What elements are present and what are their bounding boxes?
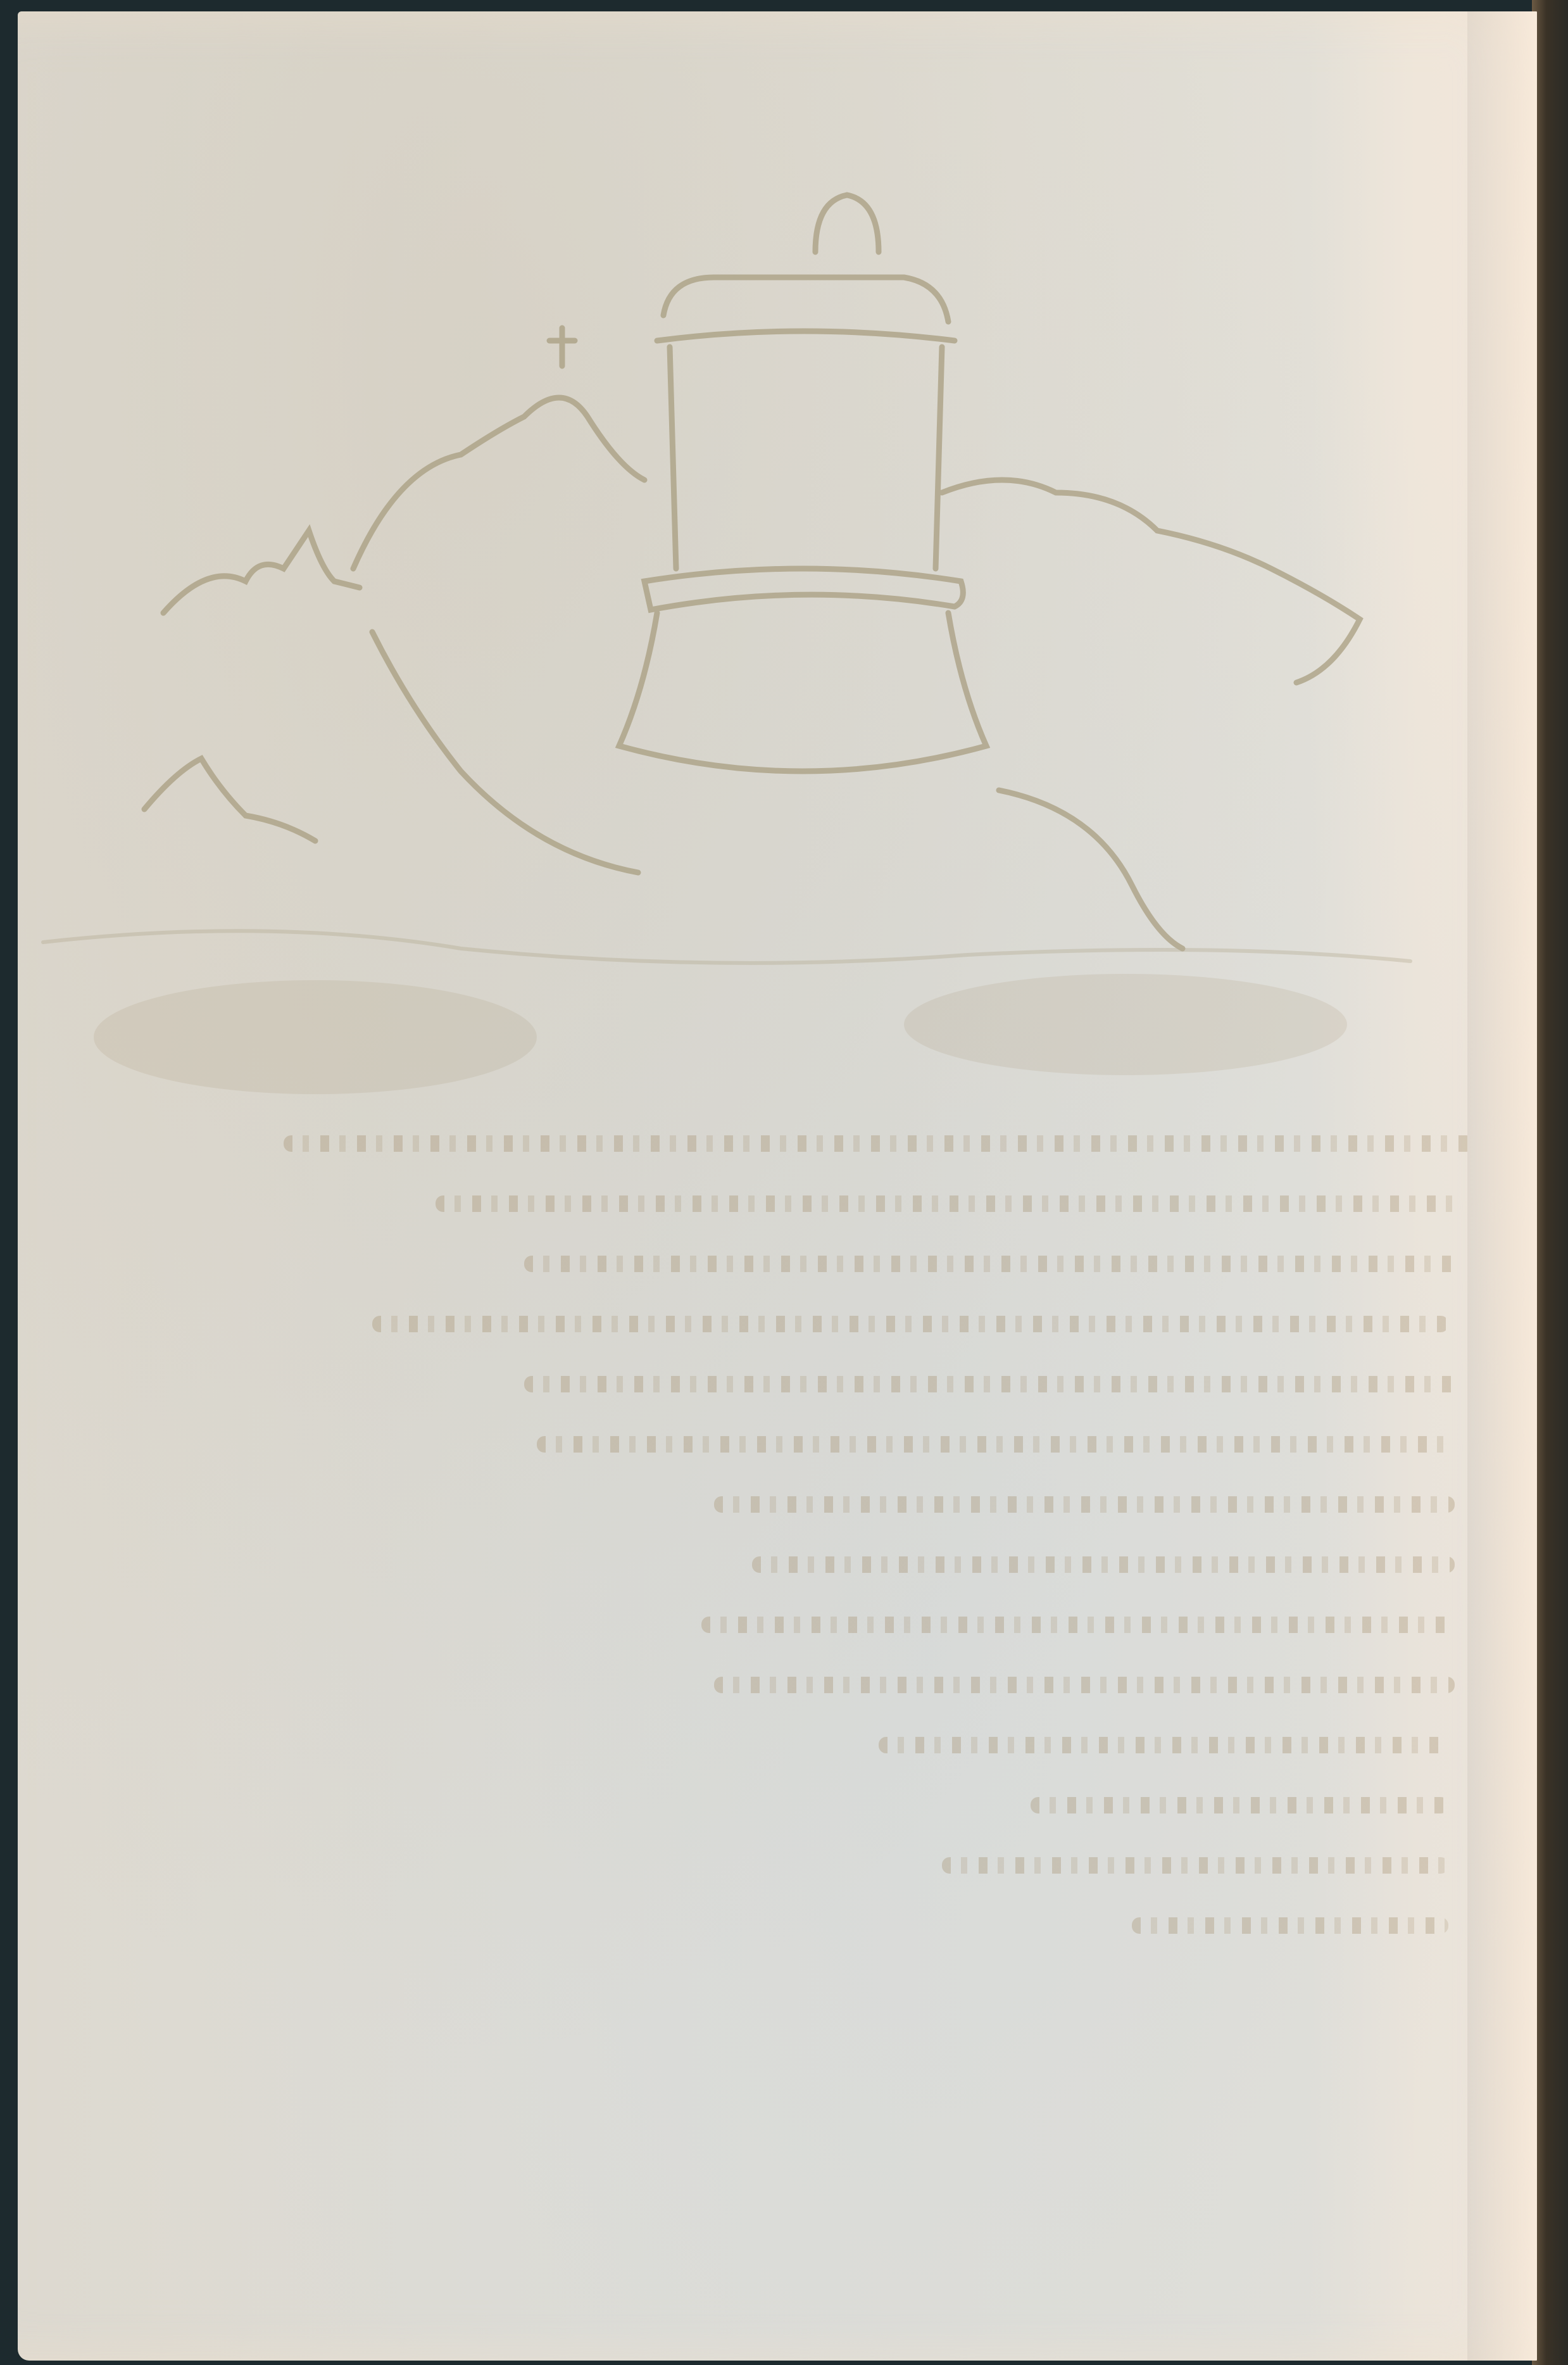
tower-sketch [18,11,1537,1151]
book-spine [1532,0,1568,2365]
foxing-stain [904,974,1347,1075]
bleed-line [1031,1797,1448,1813]
bleed-line [284,1135,1474,1152]
bleed-line [701,1617,1455,1633]
bleed-line [537,1436,1455,1453]
bleed-line [1132,1917,1448,1934]
bleed-line [714,1677,1455,1693]
foxing-stain [94,980,537,1094]
bleed-line [714,1496,1455,1513]
bleed-line [752,1556,1455,1573]
manuscript-page [18,11,1537,2361]
bleed-line [524,1256,1461,1272]
bleed-line [436,1195,1461,1212]
bleed-line [879,1737,1448,1753]
bleed-line [942,1857,1448,1874]
bleed-line [524,1376,1461,1392]
bleed-line [372,1316,1448,1332]
